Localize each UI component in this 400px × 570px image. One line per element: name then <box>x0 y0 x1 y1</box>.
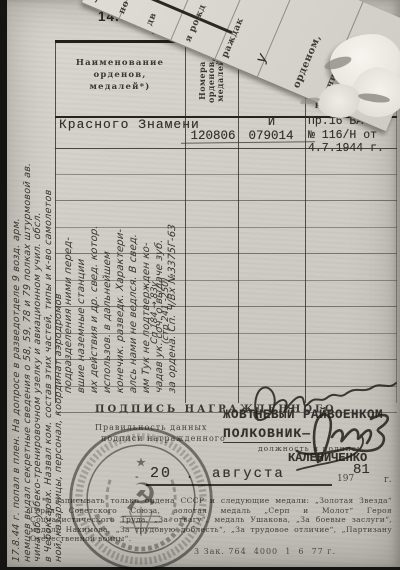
date-suffix: г. <box>384 475 392 485</box>
handwritten-line: алсь нами не ведлся. В свед. <box>127 124 140 394</box>
overlay-text-fragment: я рожд <box>183 3 208 44</box>
handwritten-line: (стр 241 -250) <box>161 243 172 345</box>
overlay-text-fragment: орденом, <box>291 33 323 90</box>
handwritten-line: 17.8.44 г. попал в плен. На допросе в ра… <box>12 9 23 562</box>
official-round-stamp: ☭ ★ <box>64 422 218 570</box>
handwritten-reference-note: Сп 184 → 83у(стр 241 -250) <box>150 244 172 344</box>
handwritten-line: использов. в дальнейшем <box>101 124 114 394</box>
star-icon: ★ <box>135 454 146 469</box>
overlay-rule <box>257 0 301 77</box>
column-header-numbers-text: Номера орденов, медалей <box>198 58 225 103</box>
date-month: августа <box>212 466 285 482</box>
handwritten-line: Сп 184 → 83у <box>150 243 161 345</box>
handwritten-line: чина об узбеко-тренировочном узелку и ав… <box>33 9 44 562</box>
entry-book-series: И <box>238 115 305 129</box>
hammer-sickle-icon: ☭ <box>124 476 159 521</box>
date-year-printed: 197 <box>337 474 354 484</box>
date-year-written: 81 <box>353 462 370 478</box>
handwritten-line: их действия и др. свед. котор. <box>88 124 101 394</box>
ruled-line-through-numbers <box>181 141 315 143</box>
handwritten-line: подразделения ними перед- <box>62 124 75 394</box>
entry-order-number: 120806 <box>183 129 243 143</box>
overlay-text-fragment: по <box>117 0 132 16</box>
handwritten-margin-note: 17.8.44 г. попал в плен. На допросе в ра… <box>12 10 65 562</box>
handwritten-line: вшие наземные станции <box>75 124 88 394</box>
scanned-document-photo: 14. Перечисление (в порядке награждения)… <box>0 0 400 570</box>
handwritten-line: конечик. разведк. Характери- <box>114 124 127 394</box>
overlay-text-fragment: У <box>255 52 273 67</box>
column-header-name: Наименование орденов, медалей*) <box>57 57 183 93</box>
rank-title: ПОЛКОВНИК— <box>223 426 311 443</box>
overlay-text-fragment: дв <box>145 11 159 27</box>
overlay-text-fragment: З <box>86 0 102 4</box>
